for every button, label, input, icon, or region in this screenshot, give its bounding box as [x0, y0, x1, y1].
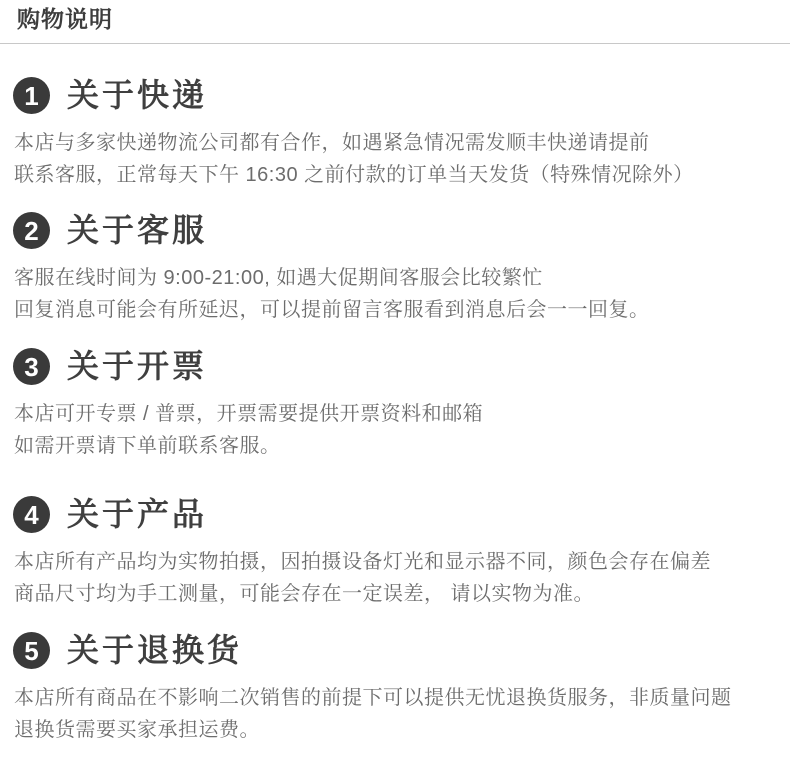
section-number-badge: 2	[13, 212, 50, 249]
section-express-delivery: 1 关于快递 本店与多家快递物流公司都有合作，如遇紧急情况需发顺丰快递请提前 联…	[0, 77, 790, 191]
body-text-line: 回复消息可能会有所延迟，可以提前留言客服看到消息后会一一回复。	[14, 294, 790, 326]
header-divider	[0, 43, 790, 44]
section-title: 关于退换货	[67, 632, 242, 669]
section-title: 关于产品	[67, 496, 207, 533]
section-title: 关于快递	[67, 77, 207, 114]
section-customer-service: 2 关于客服 客服在线时间为 9:00-21:00, 如遇大促期间客服会比较繁忙…	[0, 212, 790, 326]
shopping-instructions-page: 购物说明 1 关于快递 本店与多家快递物流公司都有合作，如遇紧急情况需发顺丰快递…	[0, 0, 790, 774]
section-heading: 4 关于产品	[0, 496, 790, 533]
section-number-badge: 3	[13, 348, 50, 385]
section-body: 本店所有产品均为实物拍摄，因拍摄设备灯光和显示器不同，颜色会存在偏差 商品尺寸均…	[14, 546, 790, 610]
section-invoicing: 3 关于开票 本店可开专票 / 普票，开票需要提供开票资料和邮箱 如需开票请下单…	[0, 348, 790, 462]
body-text-line: 联系客服，正常每天下午 16:30 之前付款的订单当天发货（特殊情况除外）	[14, 159, 790, 191]
body-text-line: 本店所有产品均为实物拍摄，因拍摄设备灯光和显示器不同，颜色会存在偏差	[14, 546, 790, 578]
section-number-badge: 1	[13, 77, 50, 114]
section-body: 本店与多家快递物流公司都有合作，如遇紧急情况需发顺丰快递请提前 联系客服，正常每…	[14, 127, 790, 191]
section-returns: 5 关于退换货 本店所有商品在不影响二次销售的前提下可以提供无忧退换货服务，非质…	[0, 632, 790, 746]
page-title: 购物说明	[0, 0, 790, 32]
section-heading: 2 关于客服	[0, 212, 790, 249]
body-text-line: 如需开票请下单前联系客服。	[14, 430, 790, 462]
body-text-line: 本店可开专票 / 普票，开票需要提供开票资料和邮箱	[14, 398, 790, 430]
section-body: 本店所有商品在不影响二次销售的前提下可以提供无忧退换货服务，非质量问题 退换货需…	[14, 682, 790, 746]
section-title: 关于开票	[67, 348, 207, 385]
body-text-line: 客服在线时间为 9:00-21:00, 如遇大促期间客服会比较繁忙	[14, 262, 790, 294]
body-text-line: 本店所有商品在不影响二次销售的前提下可以提供无忧退换货服务，非质量问题	[14, 682, 790, 714]
body-text-line: 商品尺寸均为手工测量，可能会存在一定误差， 请以实物为准。	[14, 578, 790, 610]
section-number-badge: 4	[13, 496, 50, 533]
section-heading: 5 关于退换货	[0, 632, 790, 669]
section-body: 本店可开专票 / 普票，开票需要提供开票资料和邮箱 如需开票请下单前联系客服。	[14, 398, 790, 462]
section-product: 4 关于产品 本店所有产品均为实物拍摄，因拍摄设备灯光和显示器不同，颜色会存在偏…	[0, 496, 790, 610]
section-heading: 1 关于快递	[0, 77, 790, 114]
body-text-line: 本店与多家快递物流公司都有合作，如遇紧急情况需发顺丰快递请提前	[14, 127, 790, 159]
section-number-badge: 5	[13, 632, 50, 669]
section-body: 客服在线时间为 9:00-21:00, 如遇大促期间客服会比较繁忙 回复消息可能…	[14, 262, 790, 326]
section-heading: 3 关于开票	[0, 348, 790, 385]
body-text-line: 退换货需要买家承担运费。	[14, 714, 790, 746]
section-title: 关于客服	[67, 212, 207, 249]
